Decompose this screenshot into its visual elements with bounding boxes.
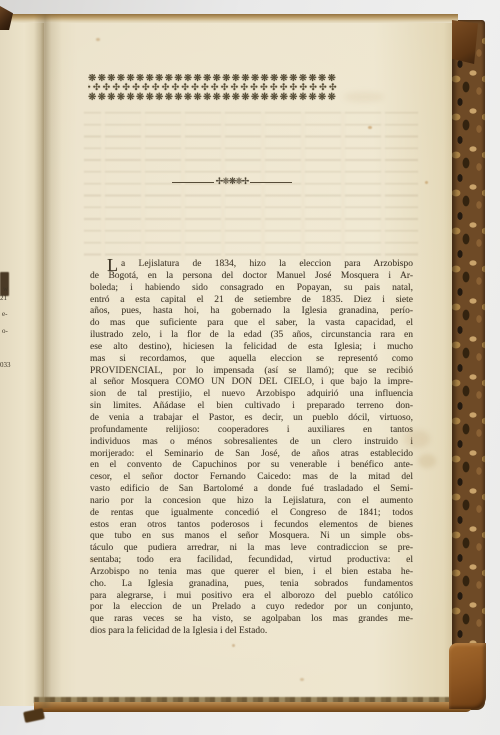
cover-fragment [23,708,45,723]
text-line: cho. La Iglesia granadina, pues, tenia s… [90,579,413,591]
text-fragment: o- [2,327,8,335]
foxing-spot [425,181,428,184]
text-line: cesor, el señor doctor Fernando Caicedo:… [90,472,413,484]
ornament-band: ❋❋❋❋❋❋❋❋❋❋❋❋❋❋❋❋❋❋❋❋❋❋❋❋❋❋ ✣✣✣✣✣✣✣✣✣✣✣✣✣… [88,74,379,103]
divider-rule-right [250,182,292,183]
text-fragment: w [3,285,8,293]
text-line: en el convento de Capuchinos por su vene… [90,460,413,472]
text-line: individuos mas o ménos sobresalientes de… [90,437,413,449]
text-line: do mas que suficiente para que el saber,… [90,318,413,330]
text-line: sin limites. Añádase el bien cultivado i… [90,401,413,413]
text-fragment: 21 [0,294,7,302]
divider-ornament: ✢❈❋❈✢ [172,174,292,190]
text-line: sentaba; todo era facilidad, fecundidad,… [90,555,413,567]
facing-page-edge: w21e-o-033 [0,14,44,706]
text-line: profundamente relijioso: cooperadores i … [90,425,413,437]
text-line: de venia a trabajar el Pastor, es decir,… [90,413,413,425]
text-line: a Lejislatura de 1834, hizo la eleccion … [90,259,413,271]
text-line: ilustrado zelo, i la flor de la edad (35… [90,330,413,342]
marbled-cover-edge [452,20,485,710]
foxing-spot [96,38,100,41]
photo-of-open-book: { "book_page": { "drop_cap": "L", "lines… [0,0,500,735]
text-line: al señor Mosquera COMO UN DON DEL CIELO,… [90,377,413,389]
page-block-top-edge [6,14,458,23]
paragraph: a Lejislatura de 1834, hizo la eleccion … [90,259,413,638]
text-line: de rentas que igualmente concedió el Con… [90,508,413,520]
text-line: nario por la concesion que hizo la Lejis… [90,496,413,508]
divider-knot-icon: ✢❈❋❈✢ [214,177,251,187]
text-line: que tubo en sus manos el señor Mosquera.… [90,531,413,543]
text-line: morijerado: el Seminario de San José, de… [90,449,413,461]
text-line: estos eran otros tantos poderosos i fecu… [90,520,413,532]
text-line: ese alto destino), hiciesen la felicidad… [90,342,413,354]
text-fragment: 033 [0,361,11,369]
text-line: años, pues, hasta hoi, ha gobernado la I… [90,306,413,318]
body-text: L a Lejislatura de 1834, hizo la eleccio… [90,259,413,638]
text-line: Arzobispo no tenia mas que querer el bie… [90,567,413,579]
text-line: boleda; i habiendo sido consagrado en Po… [90,283,413,295]
text-line: entró a esta capital el 21 de setiembre … [90,295,413,307]
foxing-spot [232,644,235,647]
text-line: táculo que pudiera arredrar, ni la mas l… [90,543,413,555]
divider-rule-left [172,182,214,183]
book-page: ❋❋❋❋❋❋❋❋❋❋❋❋❋❋❋❋❋❋❋❋❋❋❋❋❋❋ ✣✣✣✣✣✣✣✣✣✣✣✣✣… [44,22,456,706]
leather-corner-bottom [449,643,486,709]
text-line: de Bogotá, en la persona del doctor Manu… [90,271,413,283]
ornament-row: ❋❋❋❋❋❋❋❋❋❋❋❋❋❋❋❋❋❋❋❋❋❋❋❋❋❋ [88,93,379,103]
text-line: mas si recordamos, que aquella eleccion … [90,354,413,366]
foxing-stain [418,454,436,468]
text-line: PROVIDENCIAL, por lo impensada (así se l… [90,366,413,378]
text-line: por la eleccion de un Prelado a cuyo red… [90,602,413,614]
text-line: dios para la felicidad de la Iglesia i d… [90,626,413,638]
text-line: vasto edificio de San Bartolomé a donde … [90,484,413,496]
text-fragment: e- [2,310,7,318]
foxing-spot [300,678,304,681]
leather-corner-top [452,20,478,64]
text-line: que raras veces se ha visto, se agolpaba… [90,614,413,626]
cover-bottom-edge [34,702,472,712]
text-line: para alegrarse, i mui positivo era el al… [90,591,413,603]
text-line: sion de tal prestijio, el nuevo Arzobisp… [90,389,413,401]
drop-cap: L [107,259,119,271]
